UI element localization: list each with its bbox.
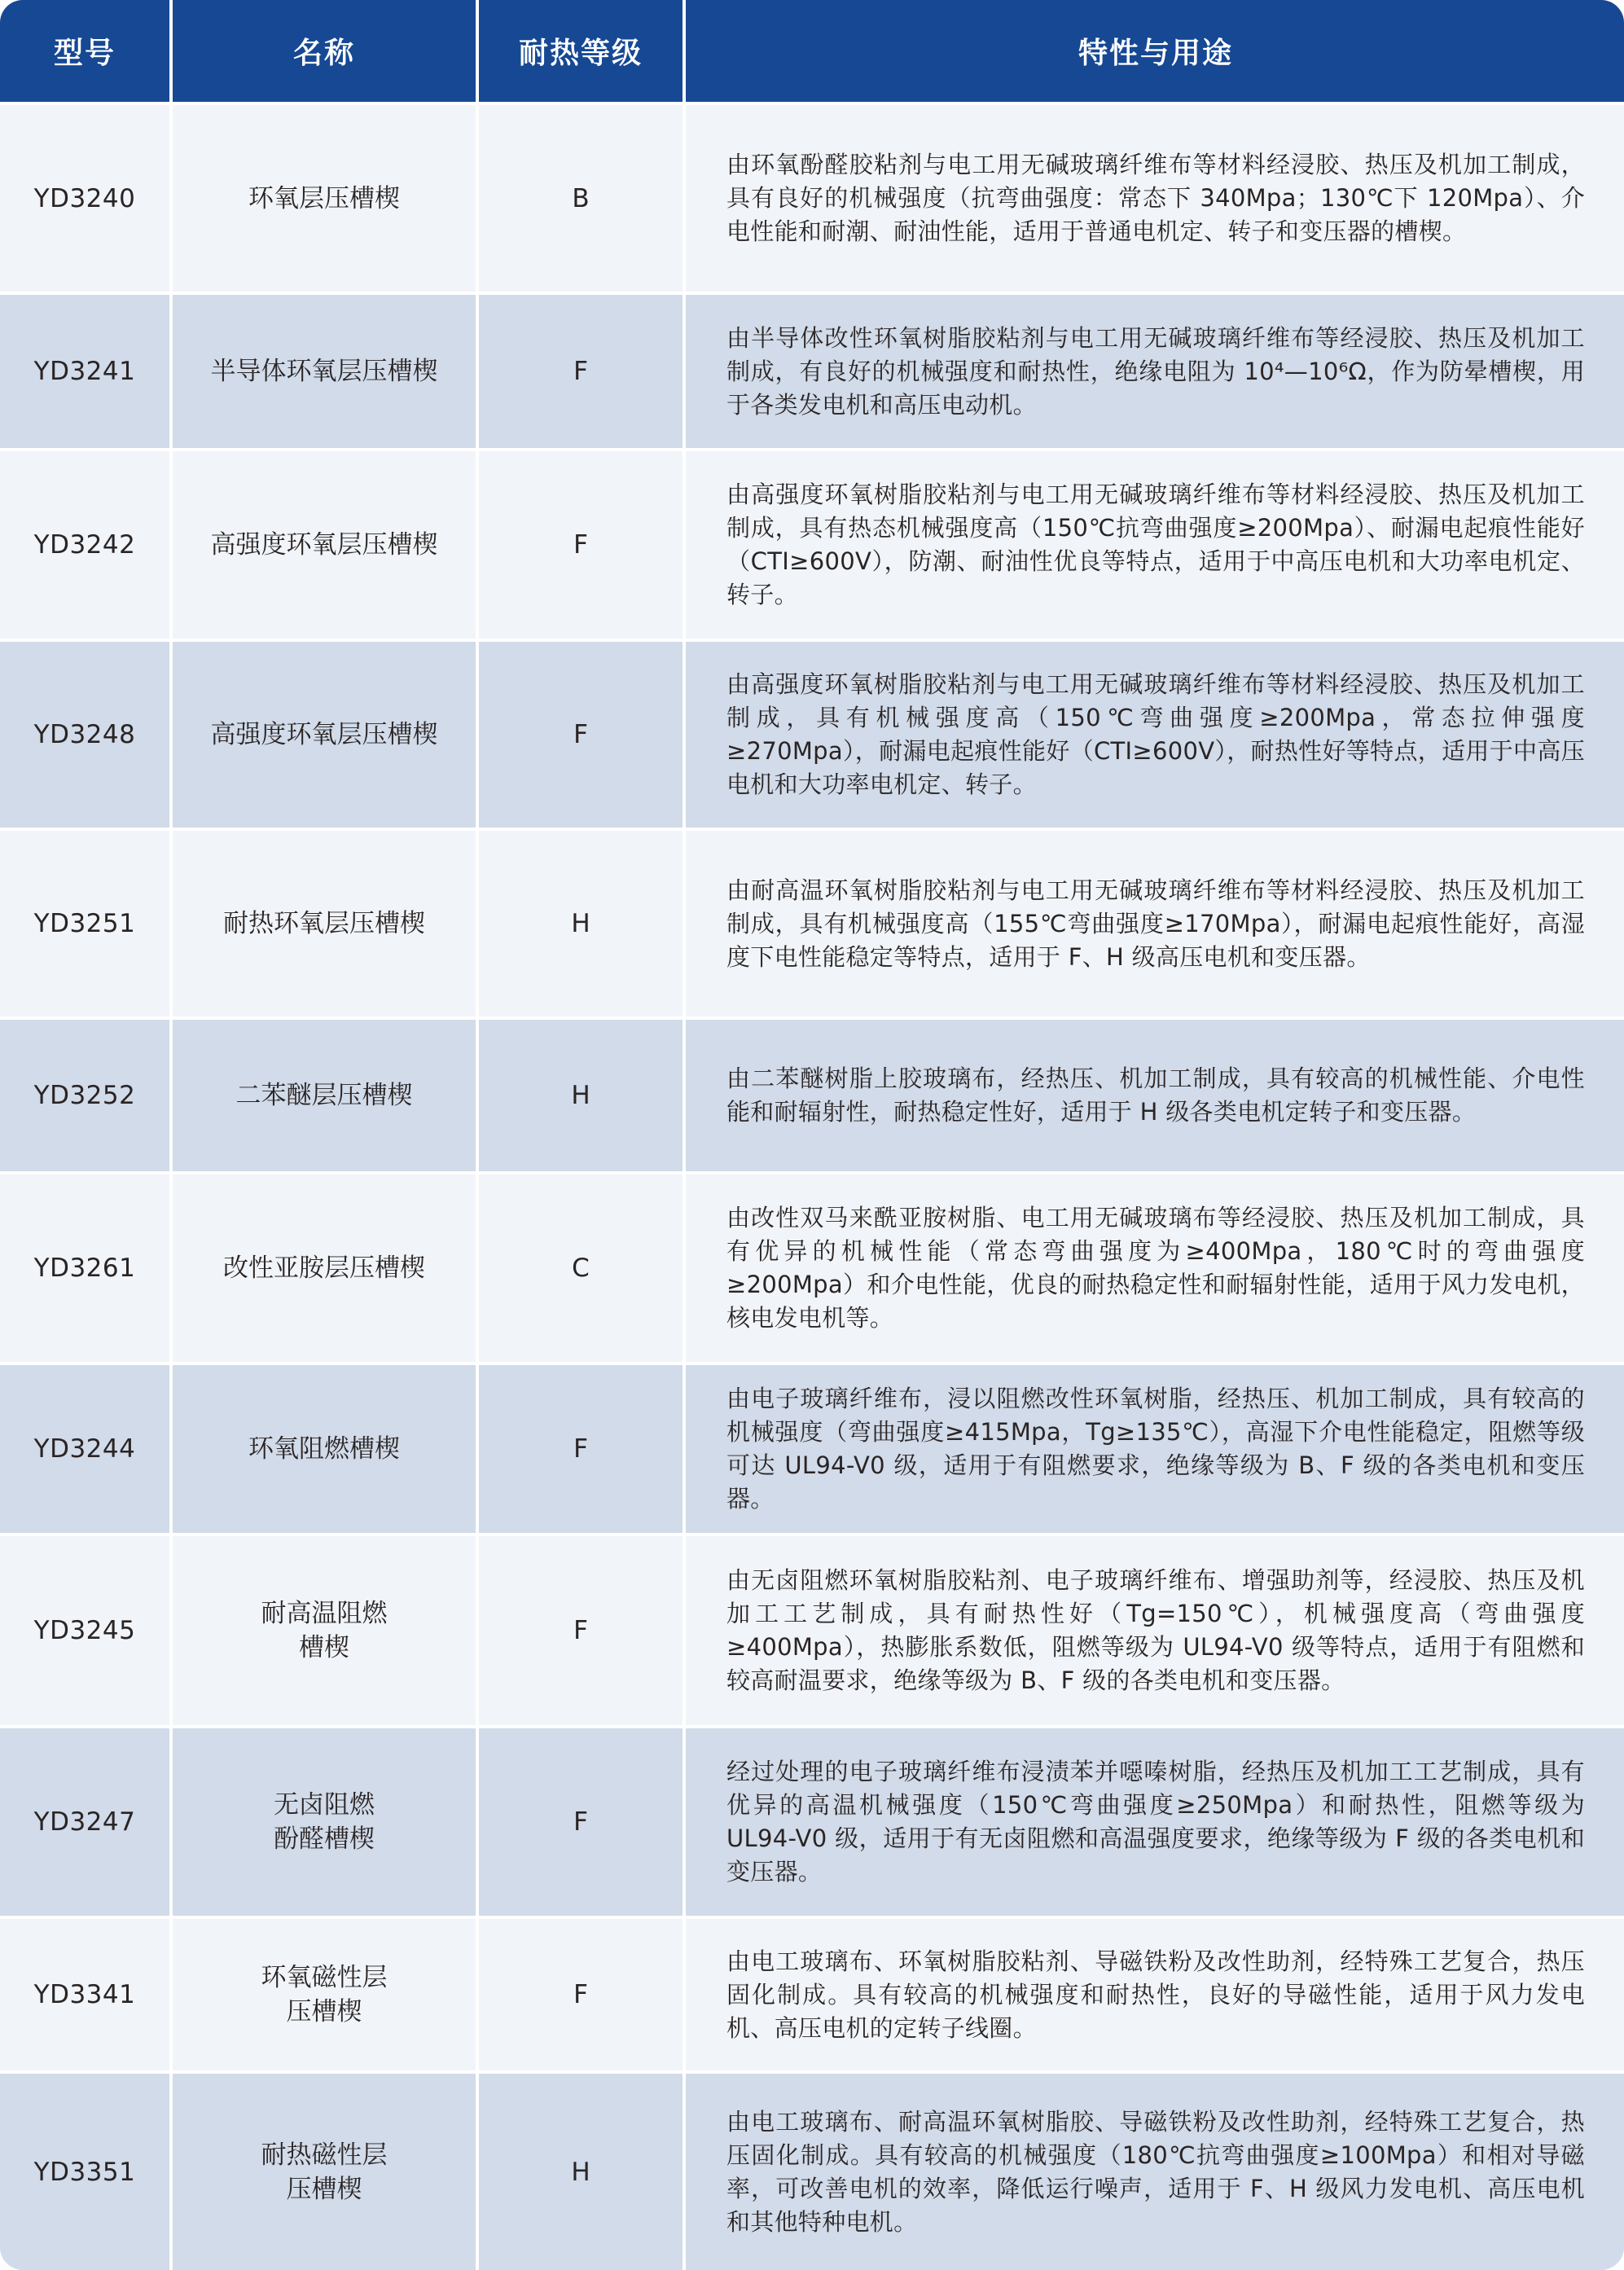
product-name: 耐高温阻燃 槽楔 xyxy=(173,1536,476,1725)
heat-grade: F xyxy=(479,1365,683,1533)
product-name: 耐热磁性层 压槽楔 xyxy=(173,2074,476,2270)
product-name: 环氧磁性层 压槽楔 xyxy=(173,1919,476,2070)
model-code: YD3351 xyxy=(0,2074,169,2270)
header-heat-class: 耐热等级 xyxy=(479,0,683,102)
product-name: 无卤阻燃 酚醛槽楔 xyxy=(173,1728,476,1916)
model-code: YD3241 xyxy=(0,295,169,448)
features-text: 由电子玻璃纤维布，浸以阻燃改性环氧树脂，经热压、机加工制成，具有较高的机械强度（… xyxy=(686,1365,1624,1533)
model-code: YD3244 xyxy=(0,1365,169,1533)
table-row: YD3248 高强度环氧层压槽楔 F 由高强度环氧树脂胶粘剂与电工用无碱玻璃纤维… xyxy=(0,642,1624,828)
header-model: 型号 xyxy=(0,0,169,102)
features-text: 由无卤阻燃环氧树脂胶粘剂、电子玻璃纤维布、增强助剂等，经浸胶、热压及机加工工艺制… xyxy=(686,1536,1624,1725)
table-row: YD3244 环氧阻燃槽楔 F 由电子玻璃纤维布，浸以阻燃改性环氧树脂，经热压、… xyxy=(0,1365,1624,1533)
features-text: 由改性双马来酰亚胺树脂、电工用无碱玻璃布等经浸胶、热压及机加工制成，具有优异的机… xyxy=(686,1175,1624,1362)
table-row: YD3247 无卤阻燃 酚醛槽楔 F 经过处理的电子玻璃纤维布浸渍苯并噁嗪树脂，… xyxy=(0,1728,1624,1916)
product-name: 二苯醚层压槽楔 xyxy=(173,1020,476,1171)
features-text: 由电工玻璃布、环氧树脂胶粘剂、导磁铁粉及改性助剂，经特殊工艺复合，热压固化制成。… xyxy=(686,1919,1624,2070)
table-row: YD3261 改性亚胺层压槽楔 C 由改性双马来酰亚胺树脂、电工用无碱玻璃布等经… xyxy=(0,1175,1624,1362)
table-row: YD3351 耐热磁性层 压槽楔 H 由电工玻璃布、耐高温环氧树脂胶、导磁铁粉及… xyxy=(0,2074,1624,2270)
features-text: 由高强度环氧树脂胶粘剂与电工用无碱玻璃纤维布等材料经浸胶、热压及机加工制成，具有… xyxy=(686,451,1624,639)
product-name: 高强度环氧层压槽楔 xyxy=(173,642,476,828)
table-row: YD3245 耐高温阻燃 槽楔 F 由无卤阻燃环氧树脂胶粘剂、电子玻璃纤维布、增… xyxy=(0,1536,1624,1725)
heat-grade: F xyxy=(479,295,683,448)
model-code: YD3341 xyxy=(0,1919,169,2070)
model-code: YD3248 xyxy=(0,642,169,828)
features-text: 由耐高温环氧树脂胶粘剂与电工用无碱玻璃纤维布等材料经浸胶、热压及机加工制成，具有… xyxy=(686,831,1624,1016)
header-name: 名称 xyxy=(173,0,476,102)
heat-grade: F xyxy=(479,451,683,639)
table-row: YD3242 高强度环氧层压槽楔 F 由高强度环氧树脂胶粘剂与电工用无碱玻璃纤维… xyxy=(0,451,1624,639)
features-text: 由高强度环氧树脂胶粘剂与电工用无碱玻璃纤维布等材料经浸胶、热压及机加工制成，具有… xyxy=(686,642,1624,828)
heat-grade: C xyxy=(479,1175,683,1362)
product-spec-table: 型号 名称 耐热等级 特性与用途 YD3240 环氧层压槽楔 B 由环氧酚醛胶粘… xyxy=(0,0,1624,2270)
table-row: YD3252 二苯醚层压槽楔 H 由二苯醚树脂上胶玻璃布，经热压、机加工制成，具… xyxy=(0,1020,1624,1171)
product-name: 改性亚胺层压槽楔 xyxy=(173,1175,476,1362)
table-row: YD3341 环氧磁性层 压槽楔 F 由电工玻璃布、环氧树脂胶粘剂、导磁铁粉及改… xyxy=(0,1919,1624,2070)
heat-grade: F xyxy=(479,1728,683,1916)
product-name: 环氧阻燃槽楔 xyxy=(173,1365,476,1533)
product-name: 高强度环氧层压槽楔 xyxy=(173,451,476,639)
heat-grade: H xyxy=(479,1020,683,1171)
heat-grade: H xyxy=(479,2074,683,2270)
product-name: 半导体环氧层压槽楔 xyxy=(173,295,476,448)
features-text: 由二苯醚树脂上胶玻璃布，经热压、机加工制成，具有较高的机械性能、介电性能和耐辐射… xyxy=(686,1020,1624,1171)
product-name: 耐热环氧层压槽楔 xyxy=(173,831,476,1016)
table-row: YD3241 半导体环氧层压槽楔 F 由半导体改性环氧树脂胶粘剂与电工用无碱玻璃… xyxy=(0,295,1624,448)
model-code: YD3261 xyxy=(0,1175,169,1362)
table-header: 型号 名称 耐热等级 特性与用途 xyxy=(0,0,1624,102)
model-code: YD3252 xyxy=(0,1020,169,1171)
heat-grade: F xyxy=(479,1536,683,1725)
table-row: YD3251 耐热环氧层压槽楔 H 由耐高温环氧树脂胶粘剂与电工用无碱玻璃纤维布… xyxy=(0,831,1624,1016)
table-row: YD3240 环氧层压槽楔 B 由环氧酚醛胶粘剂与电工用无碱玻璃纤维布等材料经浸… xyxy=(0,105,1624,292)
heat-grade: B xyxy=(479,105,683,292)
model-code: YD3251 xyxy=(0,831,169,1016)
features-text: 由电工玻璃布、耐高温环氧树脂胶、导磁铁粉及改性助剂，经特殊工艺复合，热压固化制成… xyxy=(686,2074,1624,2270)
product-name: 环氧层压槽楔 xyxy=(173,105,476,292)
header-features: 特性与用途 xyxy=(686,0,1624,102)
features-text: 经过处理的电子玻璃纤维布浸渍苯并噁嗪树脂，经热压及机加工工艺制成，具有优异的高温… xyxy=(686,1728,1624,1916)
model-code: YD3245 xyxy=(0,1536,169,1725)
model-code: YD3240 xyxy=(0,105,169,292)
model-code: YD3242 xyxy=(0,451,169,639)
heat-grade: F xyxy=(479,642,683,828)
features-text: 由环氧酚醛胶粘剂与电工用无碱玻璃纤维布等材料经浸胶、热压及机加工制成，具有良好的… xyxy=(686,105,1624,292)
heat-grade: H xyxy=(479,831,683,1016)
features-text: 由半导体改性环氧树脂胶粘剂与电工用无碱玻璃纤维布等经浸胶、热压及机加工制成，有良… xyxy=(686,295,1624,448)
model-code: YD3247 xyxy=(0,1728,169,1916)
heat-grade: F xyxy=(479,1919,683,2070)
